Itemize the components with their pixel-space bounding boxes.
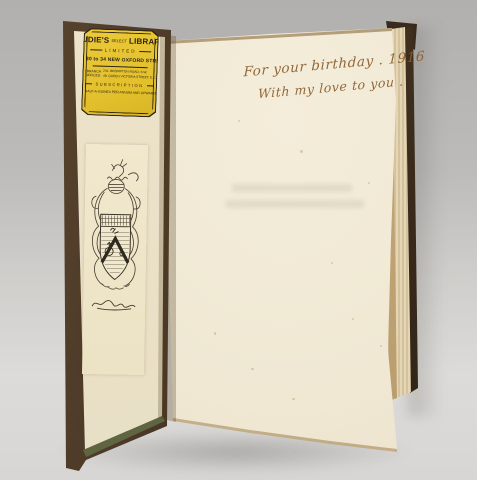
engraved-signature <box>92 300 135 310</box>
label-title-mid: SELECT <box>111 38 127 43</box>
label-subscription: SUBSCRIPTION <box>85 81 154 88</box>
foxing-spot <box>238 120 240 122</box>
foxing-spot <box>214 332 216 335</box>
foxing-spot <box>251 368 254 370</box>
label-text: MUDIE'S SELECT LIBRARY. LIMITED 30 to 34… <box>84 32 156 113</box>
foxing-spot <box>292 398 295 400</box>
foxing-spot <box>300 150 303 153</box>
photo-open-antique-book: For your birthday . 1916 With my love to… <box>0 0 477 480</box>
foxing-spot <box>368 182 370 184</box>
coat-of-arms-engraving <box>85 156 146 337</box>
branch-address-2: 48, QUEEN VICTORIA STREET, E.C. <box>103 73 157 79</box>
branch-addresses: 241, BROMPTON ROAD, S.W. 48, QUEEN VICTO… <box>103 69 157 80</box>
show-through-text <box>226 200 364 208</box>
foxing-spot <box>380 345 382 347</box>
foxing-spot <box>331 262 333 264</box>
label-limited: LIMITED <box>86 47 155 54</box>
foxing-spot <box>352 318 354 320</box>
show-through-text <box>232 184 352 192</box>
label-address: 30 to 34 NEW OXFORD STREET. <box>86 56 155 64</box>
label-branch-offices: BRANCH OFFICES: 241, BROMPTON ROAD, S.W.… <box>85 68 154 80</box>
label-rate: HALF-A-GUINEA PER ANNUM AND UPWARDS. <box>85 89 154 95</box>
label-title: MUDIE'S SELECT LIBRARY. <box>86 35 155 46</box>
mudies-library-label: MUDIE'S SELECT LIBRARY. LIMITED 30 to 34… <box>81 28 159 118</box>
branch-heading: BRANCH OFFICES: <box>85 69 101 78</box>
armorial-bookplate <box>82 144 148 375</box>
